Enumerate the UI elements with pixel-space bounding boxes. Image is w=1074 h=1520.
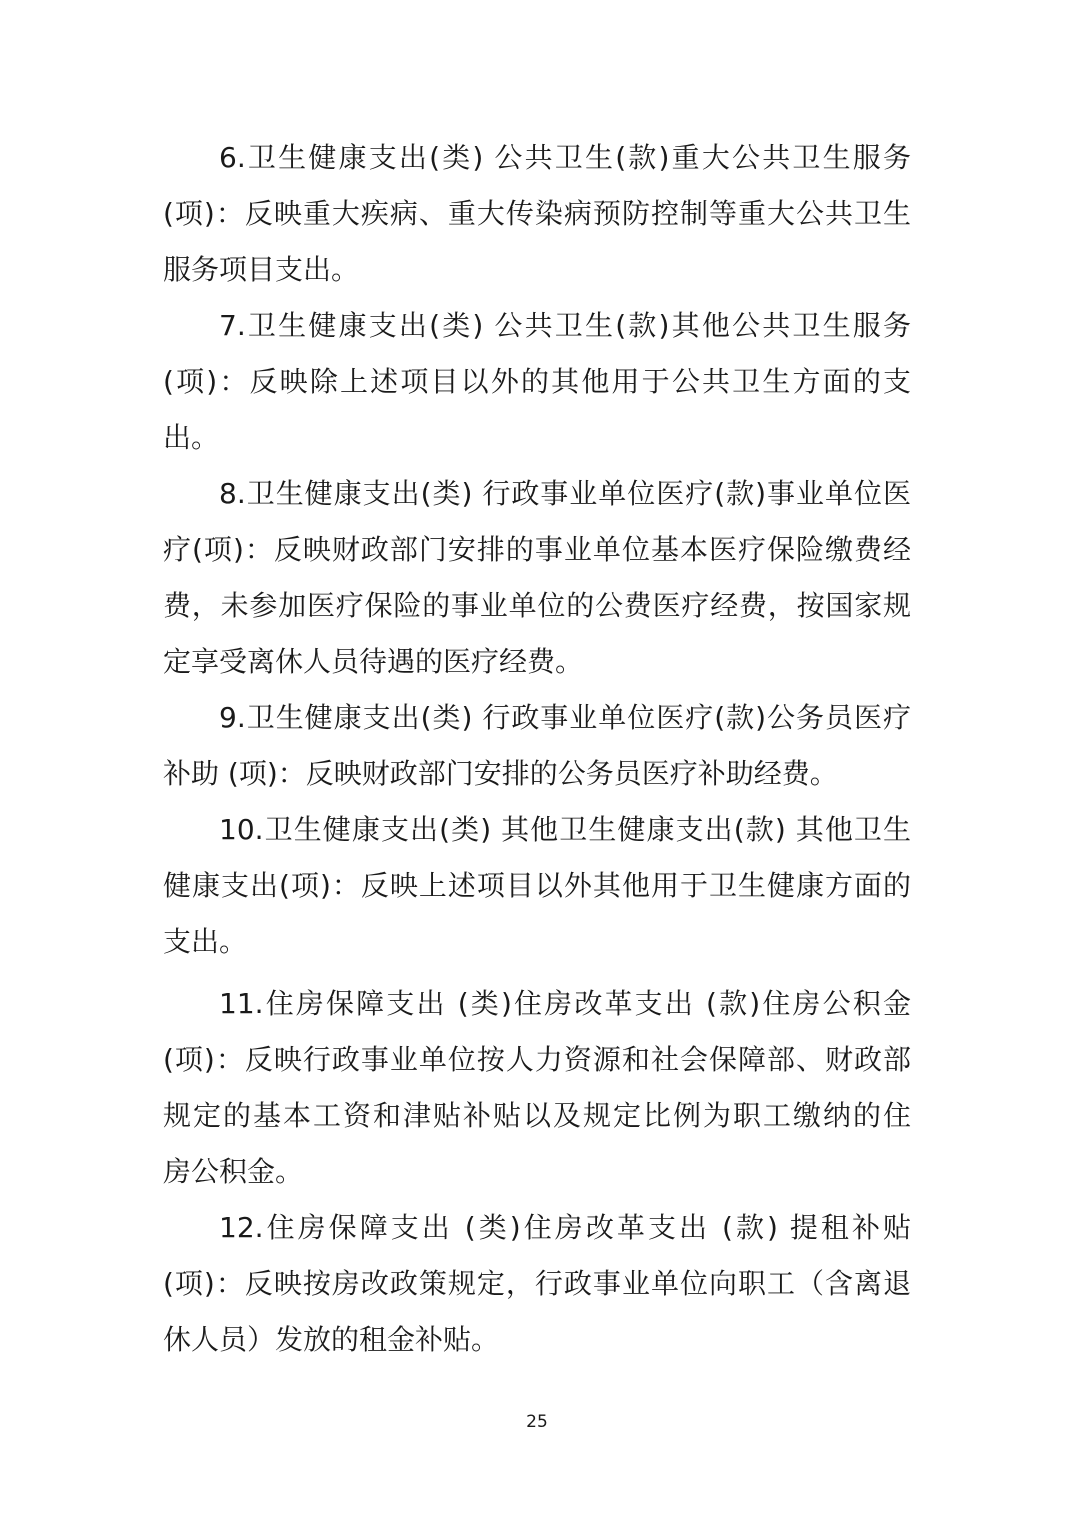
paragraph-line: 规定的基本工资和津贴补贴以及规定比例为职工缴纳的住 [163,1096,911,1136]
document-page: 6.卫生健康支出(类) 公共卫生(款)重大公共卫生服务 (项)：反映重大疾病、重… [0,0,1074,1520]
paragraph-line: 费，未参加医疗保险的事业单位的公费医疗经费，按国家规 [163,586,911,626]
page-number: 25 [0,1410,1074,1434]
paragraph-line: 服务项目支出。 [163,250,911,290]
paragraph-line: 6.卫生健康支出(类) 公共卫生(款)重大公共卫生服务 [219,138,911,178]
paragraph-line: (项)：反映重大疾病、重大传染病预防控制等重大公共卫生 [163,194,911,234]
paragraph-line: 补助 (项)：反映财政部门安排的公务员医疗补助经费。 [163,754,911,794]
paragraph-line: 12.住房保障支出 (类)住房改革支出 (款) 提租补贴 [219,1208,911,1248]
paragraph-line: 出。 [163,418,911,458]
paragraph-line: 定享受离休人员待遇的医疗经费。 [163,642,911,682]
paragraph-line: 支出。 [163,922,911,962]
paragraph-line: 10.卫生健康支出(类) 其他卫生健康支出(款) 其他卫生 [219,810,911,850]
paragraph-line: 7.卫生健康支出(类) 公共卫生(款)其他公共卫生服务 [219,306,911,346]
paragraph-line: 疗(项)：反映财政部门安排的事业单位基本医疗保险缴费经 [163,530,911,570]
paragraph-line: 8.卫生健康支出(类) 行政事业单位医疗(款)事业单位医 [219,474,911,514]
paragraph-line: 11.住房保障支出 (类)住房改革支出 (款)住房公积金 [219,984,911,1024]
paragraph-line: (项)：反映行政事业单位按人力资源和社会保障部、财政部 [163,1040,911,1080]
paragraph-line: 房公积金。 [163,1152,911,1192]
paragraph-line: 9.卫生健康支出(类) 行政事业单位医疗(款)公务员医疗 [219,698,911,738]
paragraph-line: 健康支出(项)：反映上述项目以外其他用于卫生健康方面的 [163,866,911,906]
paragraph-line: 休人员）发放的租金补贴。 [163,1320,911,1360]
paragraph-line: (项)：反映除上述项目以外的其他用于公共卫生方面的支 [163,362,911,402]
paragraph-line: (项)：反映按房改政策规定，行政事业单位向职工（含离退 [163,1264,911,1304]
